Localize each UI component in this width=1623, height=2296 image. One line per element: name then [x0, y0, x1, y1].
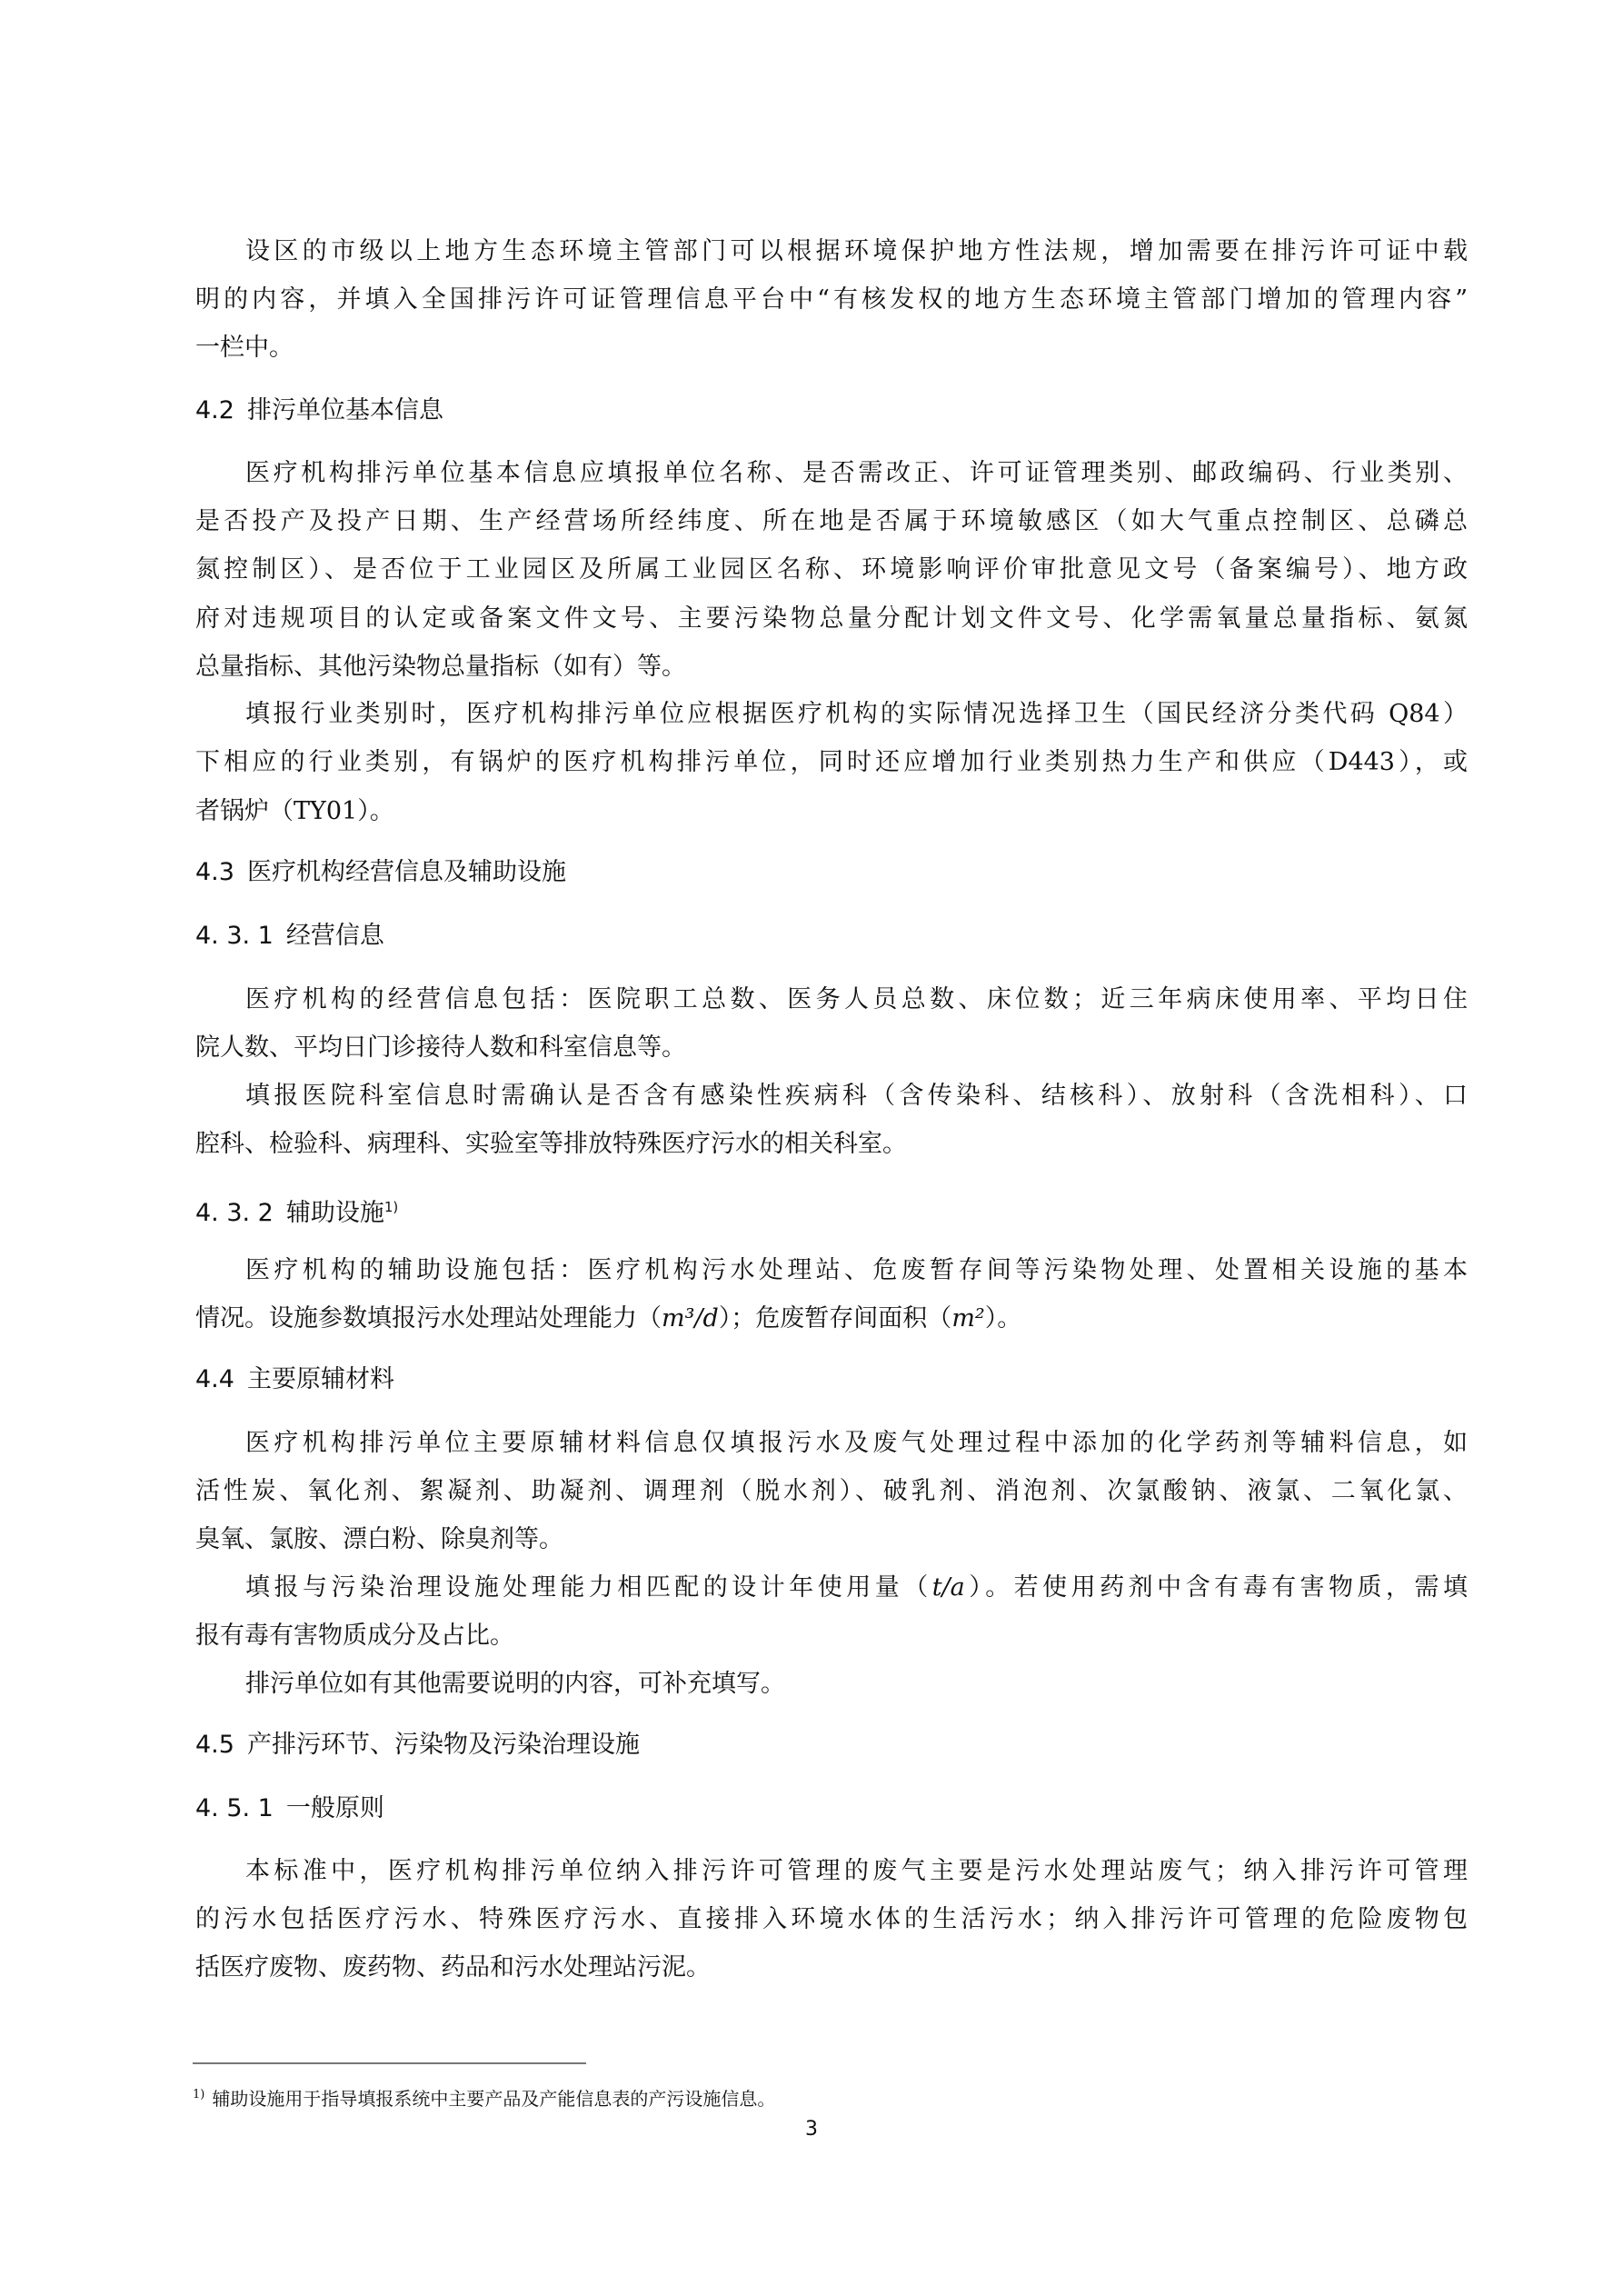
- paragraph-line: 设区的市级以上地方生态环境主管部门可以根据环境保护地方性法规，增加需要在排污许可…: [245, 234, 1468, 270]
- text-run: 情况。设施参数填报污水处理站处理能力（: [195, 1304, 662, 1333]
- paragraph-line: 是否投产及投产日期、生产经营场所经纬度、所在地是否属于环境敏感区（如大气重点控制…: [195, 504, 1468, 540]
- unit-capacity: m³/d: [662, 1304, 719, 1333]
- paragraph-line: 排污单位如有其他需要说明的内容，可补充填写。: [245, 1666, 1468, 1702]
- footnote-divider: [193, 2062, 586, 2064]
- text-run: ）。: [985, 1304, 1022, 1333]
- paragraph-line: 填报医院科室信息时需确认是否含有感染性疾病科（含传染科、结核科）、放射科（含洗相…: [245, 1078, 1468, 1114]
- document-page: 设区的市级以上地方生态环境主管部门可以根据环境保护地方性法规，增加需要在排污许可…: [0, 0, 1623, 2296]
- text-run: ）。若使用药剂中含有毒有害物质，需填: [965, 1573, 1468, 1602]
- section-title: 经营信息: [286, 922, 384, 950]
- section-title: 排污单位基本信息: [247, 396, 443, 424]
- footnote-text: 辅助设施用于指导填报系统中主要产品及产能信息表的产污设施信息。: [212, 2088, 775, 2110]
- paragraph-line: 填报与污染治理设施处理能力相匹配的设计年使用量（t/a）。若使用药剂中含有毒有害…: [245, 1570, 1468, 1606]
- text-run: 填报与污染治理设施处理能力相匹配的设计年使用量（: [245, 1573, 932, 1602]
- paragraph-line: 的污水包括医疗污水、特殊医疗污水、直接排入环境水体的生活污水；纳入排污许可管理的…: [195, 1902, 1468, 1938]
- paragraph-line: 氮控制区）、是否位于工业园区及所属工业园区名称、环境影响评价审批意见文号（备案编…: [195, 552, 1468, 588]
- section-heading-4-4: 4.4主要原辅材料: [195, 1362, 394, 1398]
- paragraph-line: 者锅炉（TY01）。: [195, 794, 1468, 830]
- paragraph-line: 填报行业类别时，医疗机构排污单位应根据医疗机构的实际情况选择卫生（国民经济分类代…: [245, 696, 1468, 733]
- paragraph-line: 下相应的行业类别，有锅炉的医疗机构排污单位，同时还应增加行业类别热力生产和供应（…: [195, 744, 1468, 781]
- section-number: 4. 3. 1: [195, 918, 274, 954]
- section-title: 产排污环节、污染物及污染治理设施: [247, 1731, 640, 1759]
- section-title: 主要原辅材料: [247, 1365, 394, 1393]
- section-heading-4-3: 4.3医疗机构经营信息及辅助设施: [195, 854, 566, 891]
- paragraph-line: 活性炭、氧化剂、絮凝剂、助凝剂、调理剂（脱水剂）、破乳剂、消泡剂、次氯酸钠、液氯…: [195, 1473, 1468, 1510]
- page-number: 3: [802, 2118, 821, 2141]
- footnote: 1)辅助设施用于指导填报系统中主要产品及产能信息表的产污设施信息。: [193, 2081, 775, 2109]
- unit-area: m²: [951, 1304, 984, 1333]
- unit-annual: t/a: [932, 1573, 965, 1602]
- section-title: 医疗机构经营信息及辅助设施: [247, 858, 566, 886]
- section-number: 4.2: [195, 393, 234, 429]
- section-heading-4-3-1: 4. 3. 1经营信息: [195, 918, 384, 954]
- section-number: 4. 3. 2: [195, 1195, 274, 1232]
- paragraph-line: 医疗机构排污单位主要原辅材料信息仅填报污水及废气处理过程中添加的化学药剂等辅料信…: [245, 1425, 1468, 1462]
- section-title: 辅助设施: [286, 1199, 384, 1227]
- paragraph-line: 情况。设施参数填报污水处理站处理能力（m³/d）；危废暂存间面积（m²）。: [195, 1301, 1468, 1337]
- section-number: 4.3: [195, 854, 234, 891]
- section-heading-4-5: 4.5产排污环节、污染物及污染治理设施: [195, 1727, 640, 1763]
- paragraph-line: 医疗机构的经营信息包括：医院职工总数、医务人员总数、床位数；近三年病床使用率、平…: [245, 982, 1468, 1018]
- paragraph-line: 一栏中。: [195, 330, 1468, 366]
- paragraph-line: 府对违规项目的认定或备案文件文号、主要污染物总量分配计划文件文号、化学需氧量总量…: [195, 601, 1468, 637]
- paragraph-line: 院人数、平均日门诊接待人数和科室信息等。: [195, 1030, 1468, 1066]
- section-title: 一般原则: [286, 1794, 384, 1822]
- paragraph-line: 臭氧、氯胺、漂白粉、除臭剂等。: [195, 1522, 1468, 1558]
- section-number: 4.4: [195, 1362, 234, 1398]
- section-heading-4-5-1: 4. 5. 1一般原则: [195, 1791, 384, 1827]
- section-heading-4-2: 4.2排污单位基本信息: [195, 393, 443, 429]
- paragraph-line: 腔科、检验科、病理科、实验室等排放特殊医疗污水的相关科室。: [195, 1126, 1468, 1163]
- paragraph-line: 括医疗废物、废药物、药品和污水处理站污泥。: [195, 1950, 1468, 1986]
- footnote-reference[interactable]: 1): [384, 1199, 398, 1215]
- paragraph-line: 总量指标、其他污染物总量指标（如有）等。: [195, 649, 1468, 685]
- paragraph-line: 医疗机构排污单位基本信息应填报单位名称、是否需改正、许可证管理类别、邮政编码、行…: [245, 455, 1468, 492]
- section-heading-4-3-2: 4. 3. 2辅助设施1): [195, 1189, 398, 1225]
- paragraph-line: 本标准中，医疗机构排污单位纳入排污许可管理的废气主要是污水处理站废气；纳入排污许…: [245, 1853, 1468, 1890]
- section-number: 4.5: [195, 1727, 234, 1763]
- section-number: 4. 5. 1: [195, 1791, 274, 1827]
- paragraph-line: 医疗机构的辅助设施包括：医疗机构污水处理站、危废暂存间等污染物处理、处置相关设施…: [245, 1253, 1468, 1289]
- paragraph-line: 明的内容，并填入全国排污许可证管理信息平台中“有核发权的地方生态环境主管部门增加…: [195, 282, 1468, 318]
- text-run: ）；危废暂存间面积（: [719, 1304, 952, 1333]
- footnote-mark: 1): [193, 2088, 204, 2101]
- paragraph-line: 报有毒有害物质成分及占比。: [195, 1618, 1468, 1654]
